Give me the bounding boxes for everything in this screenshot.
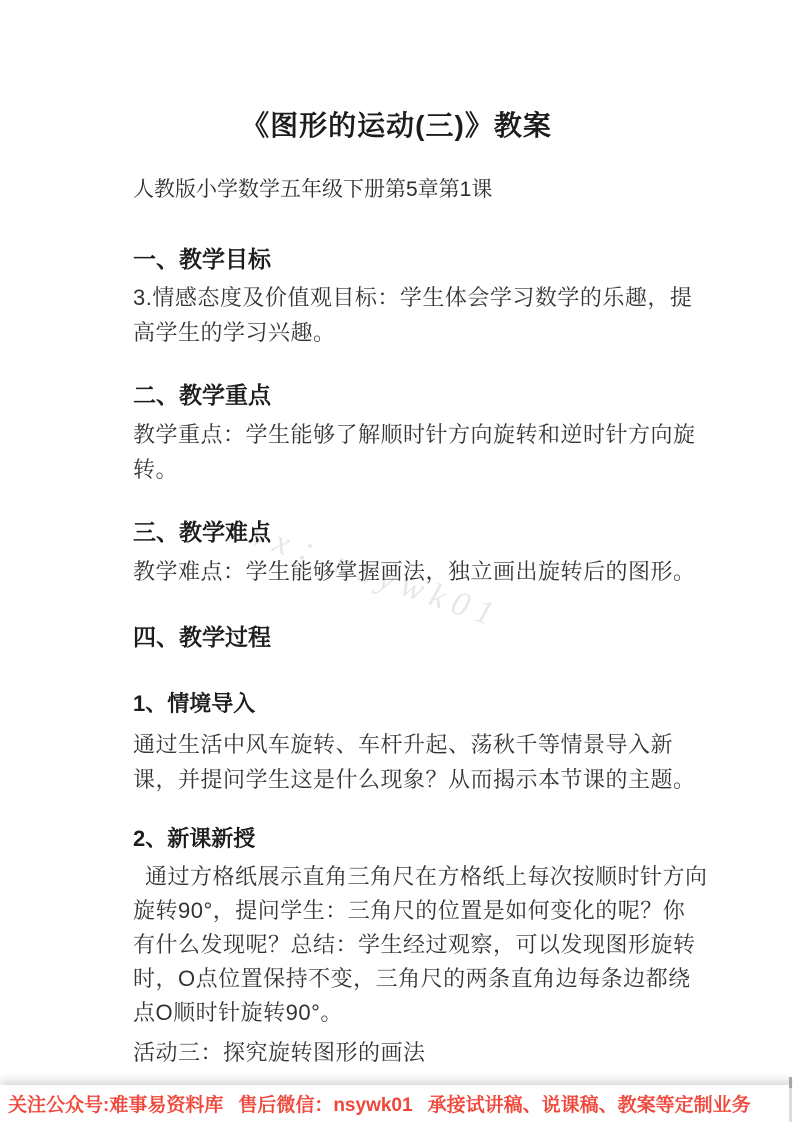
footer-wechat-contact: 售后微信：nsywk01 xyxy=(238,1090,412,1117)
scrollbar-thumb[interactable] xyxy=(789,1077,792,1088)
subsection-heading-new-lesson: 2、新课新授 xyxy=(133,825,723,853)
document-title: 《图形的运动(三)》教案 xyxy=(0,106,793,146)
subsection-body-new-lesson: 通过方格纸展示直角三角尺在方格纸上每次按顺时针方向 旋转90°，提问学生：三角尺… xyxy=(133,860,723,1030)
section-body-teaching-difficulty: 教学难点：学生能够掌握画法，独立画出旋转后的图形。 xyxy=(133,554,723,589)
promo-footer-banner: 关注公众号:难事易资料库 售后微信：nsywk01 承接试讲稿、说课稿、教案等定… xyxy=(0,1085,793,1122)
section-body-teaching-focus: 教学重点：学生能够了解顺时针方向旋转和逆时针方向旋 转。 xyxy=(133,417,723,487)
section-heading-teaching-difficulty: 三、教学难点 xyxy=(133,517,723,547)
document-subtitle: 人教版小学数学五年级下册第5章第1课 xyxy=(133,176,723,204)
section-body-teaching-goals: 3.情感态度及价值观目标：学生体会学习数学的乐趣，提 高学生的学习兴趣。 xyxy=(133,280,723,350)
activity-line: 活动三：探究旋转图形的画法 xyxy=(133,1035,723,1070)
document-body: 人教版小学数学五年级下册第5章第1课 一、教学目标 3.情感态度及价值观目标：学… xyxy=(0,176,793,1070)
subsection-heading-scene-intro: 1、情境导入 xyxy=(133,690,723,718)
section-heading-teaching-process: 四、教学过程 xyxy=(133,622,723,652)
document-page: 《图形的运动(三)》教案 人教版小学数学五年级下册第5章第1课 一、教学目标 3… xyxy=(0,0,793,1122)
footer-services: 承接试讲稿、说课稿、教案等定制业务 xyxy=(428,1090,751,1117)
document-header: 《图形的运动(三)》教案 xyxy=(0,0,793,146)
footer-official-account: 关注公众号:难事易资料库 xyxy=(8,1090,223,1117)
subsection-body-scene-intro: 通过生活中风车旋转、车杆升起、荡秋千等情景导入新 课，并提问学生这是什么现象？从… xyxy=(133,727,723,797)
section-heading-teaching-goals: 一、教学目标 xyxy=(133,244,723,274)
section-heading-teaching-focus: 二、教学重点 xyxy=(133,380,723,410)
